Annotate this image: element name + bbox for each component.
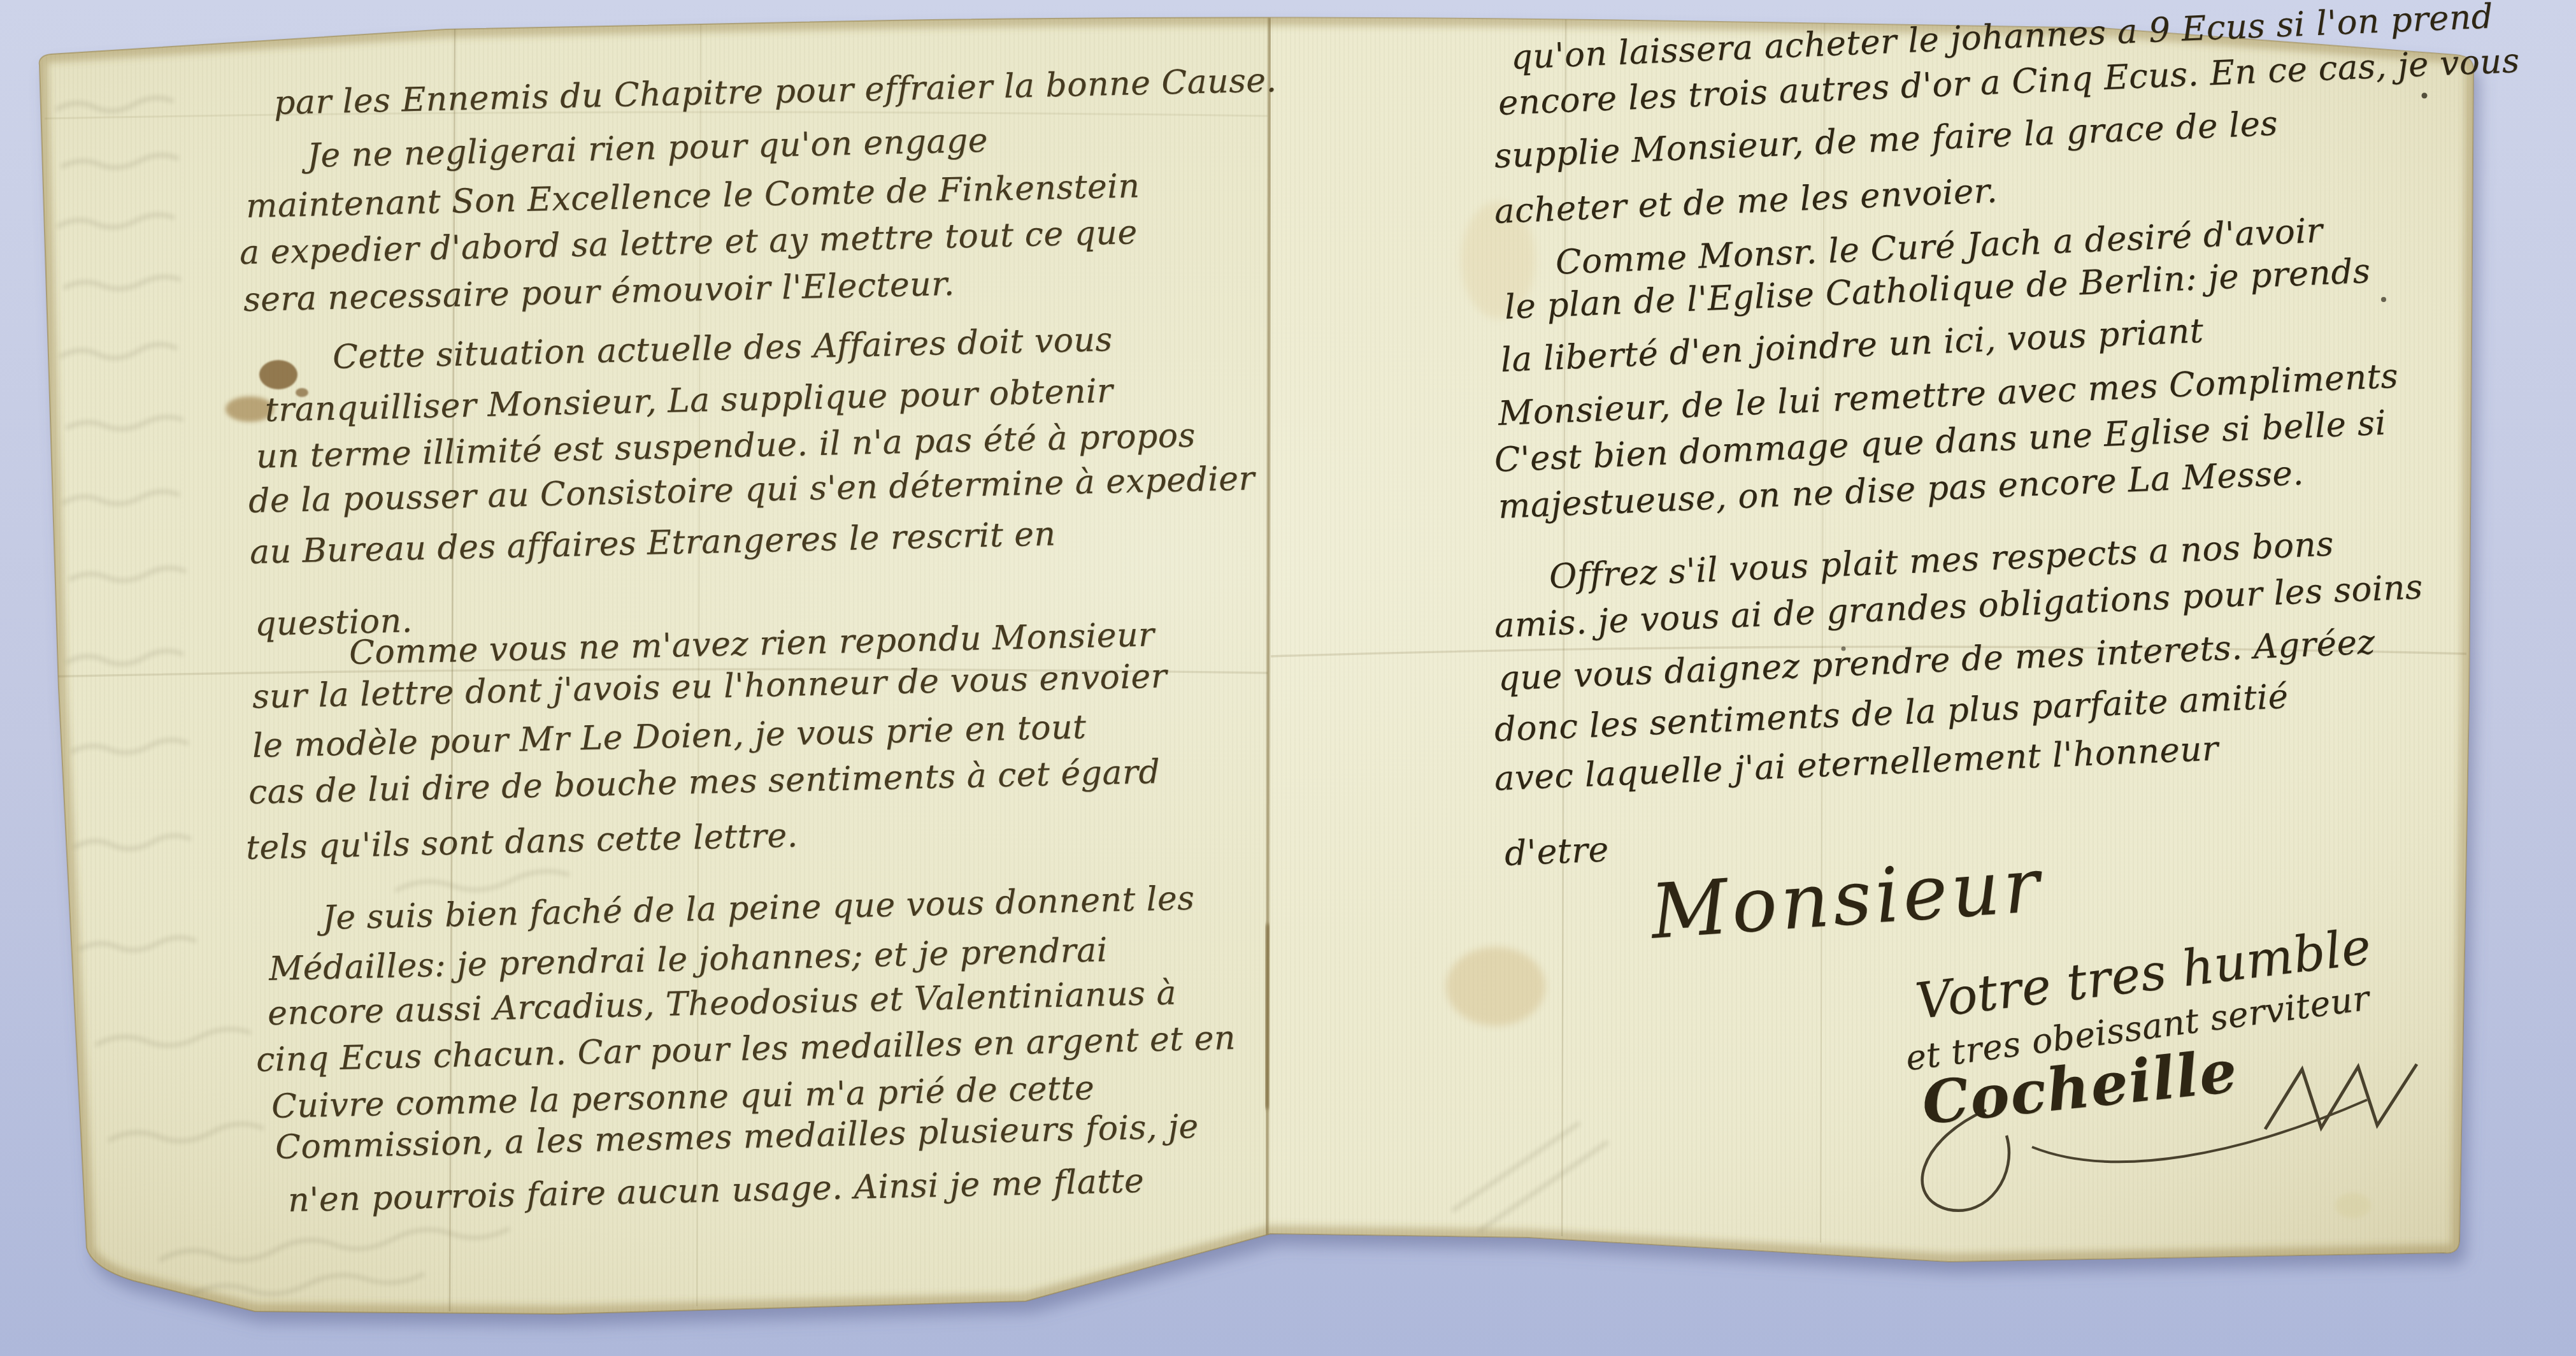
tan-stain: [1446, 947, 1545, 1026]
ink-blot-stain: [259, 360, 297, 389]
closing-word: d'etre: [1504, 829, 1610, 874]
ink-dot-2: [2381, 297, 2386, 302]
ink-dot: [2422, 93, 2428, 99]
photo-background: par les Ennemis du Chapitre pour effraie…: [0, 0, 2576, 1356]
pale-spot: [2335, 1193, 2371, 1218]
center-fold-smudge: [1266, 924, 1268, 1109]
